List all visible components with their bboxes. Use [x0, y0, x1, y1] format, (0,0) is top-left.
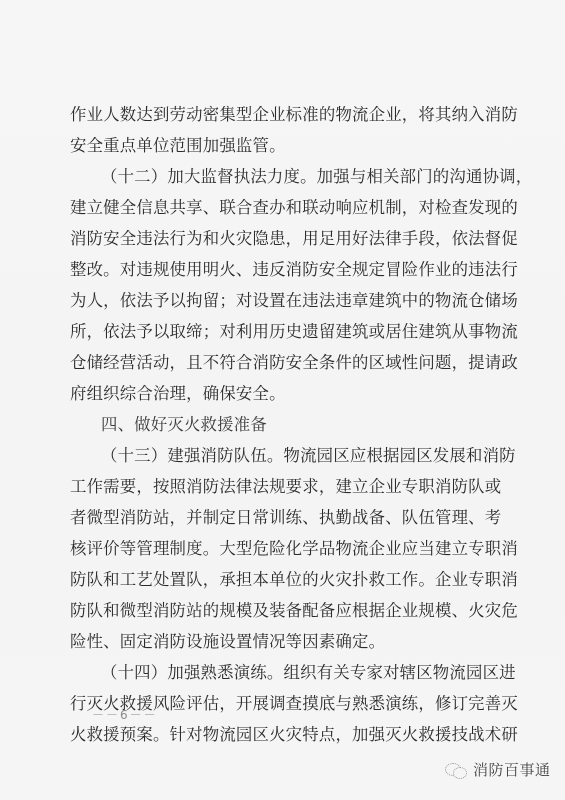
text-line: 防队和工艺处置队，承担本单位的火灾扑救工作。企业专职消 — [70, 564, 500, 595]
text-line: 作业人数达到劳动密集型企业标准的物流企业，将其纳入消防 — [70, 99, 500, 130]
watermark: 消防百事通 — [445, 759, 551, 780]
text-line: 核评价等管理制度。大型危险化学品物流企业应当建立专职消 — [70, 533, 500, 564]
text-line: 工作需要，按照消防法律法规要求，建立企业专职消防队或 — [70, 471, 500, 502]
document-body: 作业人数达到劳动密集型企业标准的物流企业，将其纳入消防 安全重点单位范围加强监管… — [70, 99, 500, 750]
text-line: 防队和微型消防站的规模及装备配备应根据企业规模、火灾危 — [70, 595, 500, 626]
section-13-start: （十三）建强消防队伍。物流园区应根据园区发展和消防 — [70, 440, 500, 471]
section-14-start: （十四）加强熟悉演练。组织有关专家对辖区物流园区进 — [70, 657, 500, 688]
text-line: 整改。对违规使用明火、违反消防安全规定冒险作业的违法行 — [70, 254, 500, 285]
watermark-text: 消防百事通 — [473, 759, 551, 780]
section-heading: 四、做好灭火救援准备 — [70, 409, 500, 440]
text-line: 为人，依法予以拘留；对设置在违法违章建筑中的物流仓储场 — [70, 285, 500, 316]
text-line: 府组织综合治理，确保安全。 — [70, 378, 500, 409]
text-line: 者微型消防站，并制定日常训练、执勤战备、队伍管理、考 — [70, 502, 500, 533]
wechat-icon — [445, 761, 467, 779]
text-line: 仓储经营活动，且不符合消防安全条件的区域性问题，提请政 — [70, 347, 500, 378]
text-line: 建立健全信息共享、联合查办和联动响应机制，对检查发现的 — [70, 192, 500, 223]
text-line: 所，依法予以取缔；对利用历史遗留建筑或居住建筑从事物流 — [70, 316, 500, 347]
text-line: 安全重点单位范围加强监管。 — [70, 130, 500, 161]
section-12-start: （十二）加大监督执法力度。加强与相关部门的沟通协调， — [70, 161, 500, 192]
text-line: 消防安全违法行为和火灾隐患，用足用好法律手段，依法督促 — [70, 223, 500, 254]
text-line: 火救援预案。针对物流园区火灾特点，加强灭火救援技战术研 — [70, 719, 500, 750]
page-number: －－6－－ — [92, 706, 158, 723]
text-line: 险性、固定消防设施设置情况等因素确定。 — [70, 626, 500, 657]
document-page: 作业人数达到劳动密集型企业标准的物流企业，将其纳入消防 安全重点单位范围加强监管… — [0, 0, 565, 800]
